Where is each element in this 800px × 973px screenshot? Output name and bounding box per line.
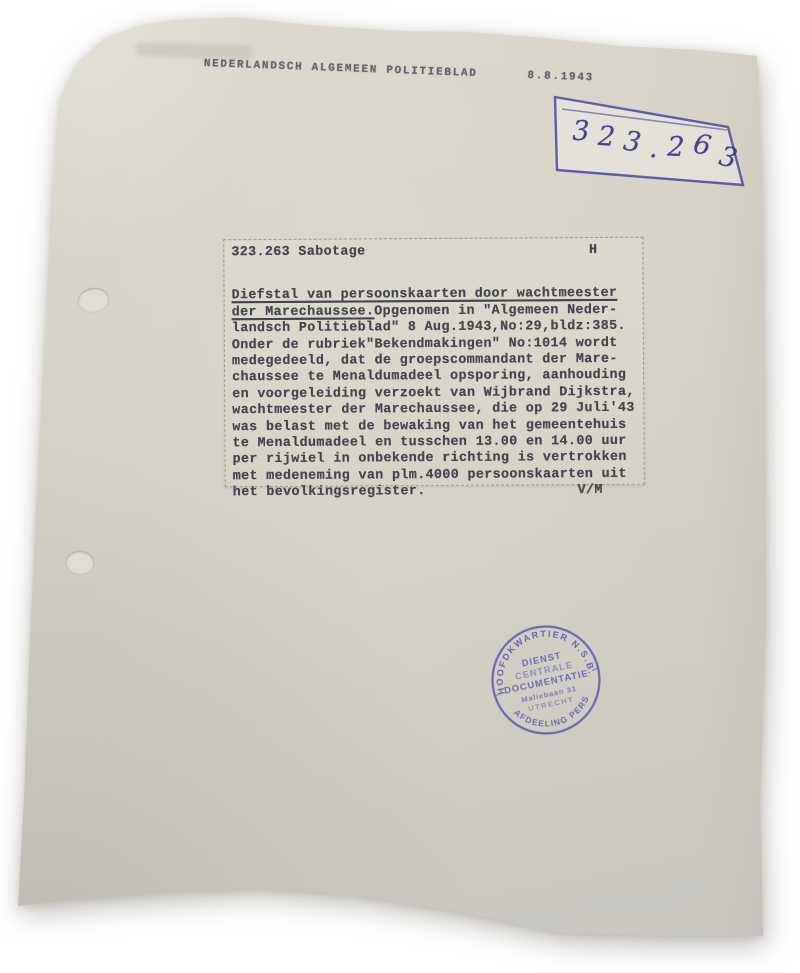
document-date: 8.8.1943: [527, 70, 594, 84]
clipping-heading: der Marechaussee.: [232, 304, 375, 320]
corner-mark: H: [589, 243, 597, 259]
typed-clipping: 323.263 Sabotage H Diefstal van persoons…: [223, 237, 645, 488]
clipping-index: 323.263 Sabotage: [231, 244, 365, 261]
clipping-last-row: het bevolkingsregister. V/M: [233, 483, 637, 502]
clipping-heading: Diefstal van persoonskaarten door wachtm…: [232, 286, 618, 303]
clipping-line: met medeneming van plm.4000 persoonskaar…: [233, 467, 637, 486]
round-stamp: HOOFDKWARTIER N.S.B. AFDEELING PERS DIEN…: [464, 598, 628, 762]
clipping-line: wachtmeester der Marechaussee, die op 29…: [232, 401, 636, 420]
clipping-spacer: [231, 259, 635, 288]
clipping-signature: V/M: [578, 483, 603, 500]
photo-stage: NEDERLANDSCH ALGEMEEN POLITIEBLAD 8.8.19…: [0, 0, 800, 973]
clipping-text: het bevolkingsregister.: [233, 484, 426, 502]
clipping-text: Opgenomen in "Algemeen Neder-: [374, 303, 617, 319]
clipping-line: landsch Politieblad" 8 Aug.1943,No:29,bl…: [232, 319, 636, 338]
